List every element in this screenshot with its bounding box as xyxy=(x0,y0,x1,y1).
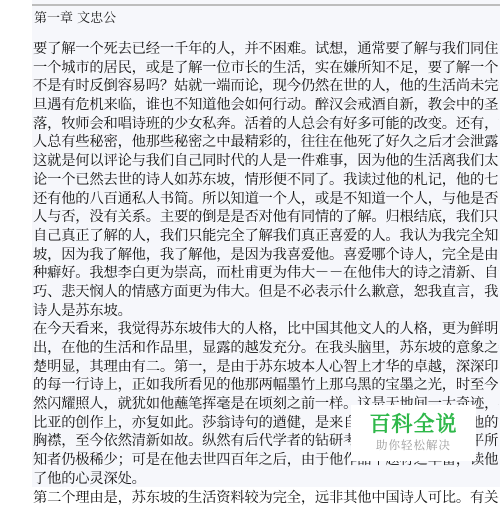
text-line: 要了解一个死去已经一千年的人，并不困难。试想，通常要了解与我们同住在 xyxy=(33,40,499,59)
watermark-badge: 百科全说 助你轻松解决 xyxy=(351,405,476,461)
text-line: 出，在他的生活和作品里，显露的越发充分。在我头脑里，苏东坡的意象之特别清 xyxy=(33,339,499,358)
text-line: 一个城市的居民，或是了解一位市长的生活，实在嫌所知不足，要了解一个古人， xyxy=(33,59,499,78)
text-line: 落，牧师会和唱诗班的少女私奔。活着的人总会有好多可能的改变。还有，活着的 xyxy=(33,115,499,134)
chapter-title: 第一章 文忠公 xyxy=(34,11,116,27)
text-line: 自己真正了解的人，我们只能完全了解我们真正喜爱的人。我认为我完全知道苏东 xyxy=(33,227,499,246)
text-line: 了他的心灵深处。 xyxy=(33,470,499,487)
text-line: 坡，因为我了解他，我了解他，是因为我喜爱他。喜爱哪个诗人，完全是由于哪一 xyxy=(33,246,499,265)
text-line: 巧、悲天悯人的情感方面更为伟大。但是不必表示什么歉意，恕我直言，我偏爱的 xyxy=(33,283,499,302)
text-line: 论一个已然去世的诗人如苏东坡，情形便不同了。我读过他的札记，他的七百首诗， xyxy=(33,171,499,190)
watermark-title: 百科全说 xyxy=(351,411,476,437)
text-line: 人总有些秘密，他那些秘密之中最精彩的，往往在他死了好久之后才会泄露出来。 xyxy=(33,133,499,152)
text-line: 旦遇有危机来临，谁也不知道他会如何行动。醉汉会戒酒自新，教会中的圣人会堕 xyxy=(33,96,499,115)
text-line: 楚明显，其理由有二。第一，是由于苏东坡本人心智上才华的卓越，深深印在他写 xyxy=(33,358,499,377)
text-line: 这就是何以评论与我们自己同时代的人是一件难事，因为他的生活离我们太近了。 xyxy=(33,152,499,171)
text-line: 在今天看来，我觉得苏东坡伟大的人格，比中国其他文人的人格，更为鲜明突 xyxy=(33,320,499,339)
text-line: 诗人是苏东坡。 xyxy=(33,302,499,321)
text-line: 不是有时反倒容易吗？姑就一端而论，现今仍然在世的人，他的生活尚未完结，一 xyxy=(33,77,499,96)
top-divider xyxy=(32,4,500,6)
text-line: 还有他的八百通私人书简。所以知道一个人，或是不知道一个人，与他是否为同代 xyxy=(33,190,499,209)
watermark-subtitle: 助你轻松解决 xyxy=(351,437,476,453)
text-line: 种癖好。我想李白更为崇高，而杜甫更为伟大－－在他伟大的诗之清新、自然、工 xyxy=(33,264,499,283)
text-line: 人与否，没有关系。主要的倒是是否对他有同情的了解。归根结底，我们只能知道 xyxy=(33,208,499,227)
text-line: 的每一行诗上，正如我所看见的他那两幅墨竹上那乌黑的宝墨之光，时至今日，依 xyxy=(33,376,499,395)
